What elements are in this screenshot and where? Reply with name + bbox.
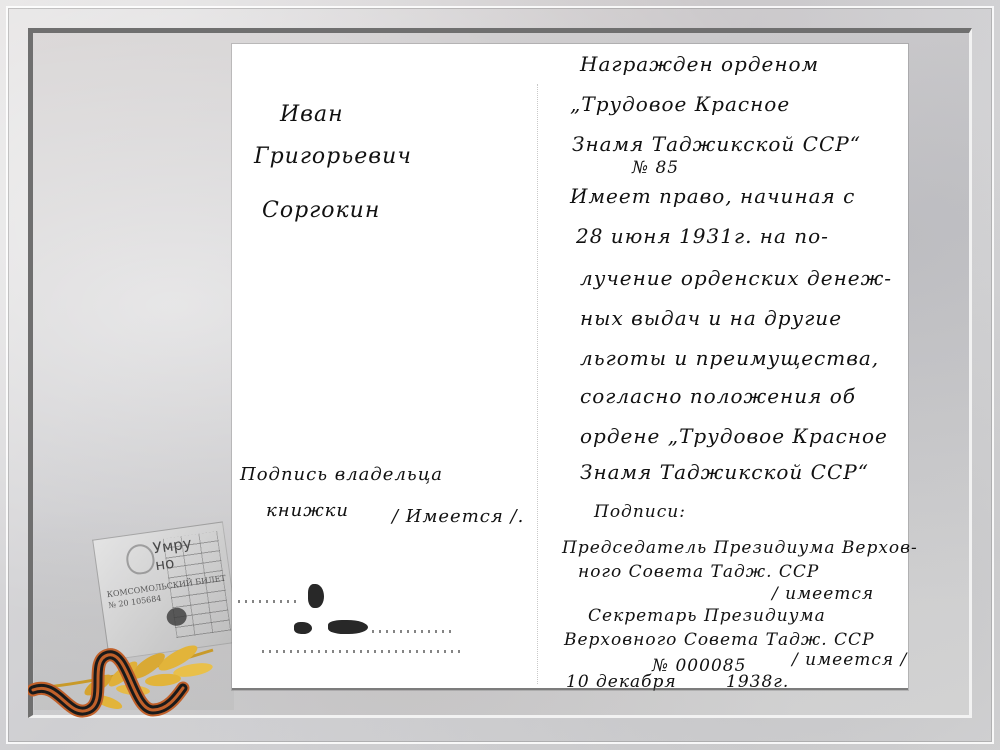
award-line-3: Знамя Таджикской ССР“ — [572, 132, 861, 156]
ink-smudge — [294, 622, 312, 634]
faded-stamp-trace — [372, 630, 452, 633]
award-line-5: Имеет право, начиная с — [570, 184, 855, 208]
award-line-6: 28 июня 1931г. на по- — [576, 224, 829, 248]
ticket-scrawl: Умру но — [152, 535, 195, 574]
owner-signature-value: / Имеется /. — [392, 506, 524, 527]
page-fold-divider — [537, 84, 538, 684]
ink-smudge — [328, 620, 368, 634]
st-george-ribbon-laurel-icon — [28, 640, 228, 720]
secretary-title-cont: Верховного Совета Тадж. ССР — [564, 630, 875, 650]
award-line-10: согласно положения об — [580, 384, 856, 408]
scanned-order-booklet: Иван Григорьевич Соргокин Подпись владел… — [232, 44, 908, 690]
decorative-frame: КОМСОМОЛЬСКИЙ БИЛЕТ № 20 105684 Умру но — [0, 0, 1000, 750]
secretary-title: Секретарь Президиума — [588, 606, 826, 626]
owner-signature-label: Подпись владельца — [240, 464, 443, 485]
award-line-8: ных выдач и на другие — [580, 306, 842, 330]
lenin-emblem-icon — [124, 542, 156, 576]
order-number: № 85 — [632, 158, 679, 178]
owner-first-name: Иван — [280, 102, 344, 127]
award-line-12: Знамя Таджикской ССР“ — [580, 460, 869, 484]
signatures-label: Подписи: — [594, 502, 686, 522]
owner-patronymic: Григорьевич — [254, 144, 412, 169]
scan-bottom-edge — [232, 688, 908, 690]
award-line-9: льготы и преимущества, — [580, 346, 879, 370]
faded-stamp-trace — [238, 600, 298, 603]
chairman-signature: / имеется — [772, 584, 874, 604]
award-line-7: лучение орденских денеж- — [580, 266, 892, 290]
award-line-2: „Трудовое Красное — [570, 92, 790, 116]
award-line-11: ордене „Трудовое Красное — [580, 424, 888, 448]
secretary-signature: / имеется / — [792, 650, 907, 670]
ink-smudge — [308, 584, 324, 608]
award-line-1: Награжден орденом — [580, 52, 819, 76]
chairman-title-cont: ного Совета Тадж. ССР — [578, 562, 819, 582]
chairman-title: Председатель Президиума Верхов- — [562, 538, 918, 558]
owner-signature-label-cont: книжки — [266, 500, 349, 521]
faded-stamp-trace — [262, 650, 462, 653]
owner-surname: Соргокин — [262, 198, 380, 223]
